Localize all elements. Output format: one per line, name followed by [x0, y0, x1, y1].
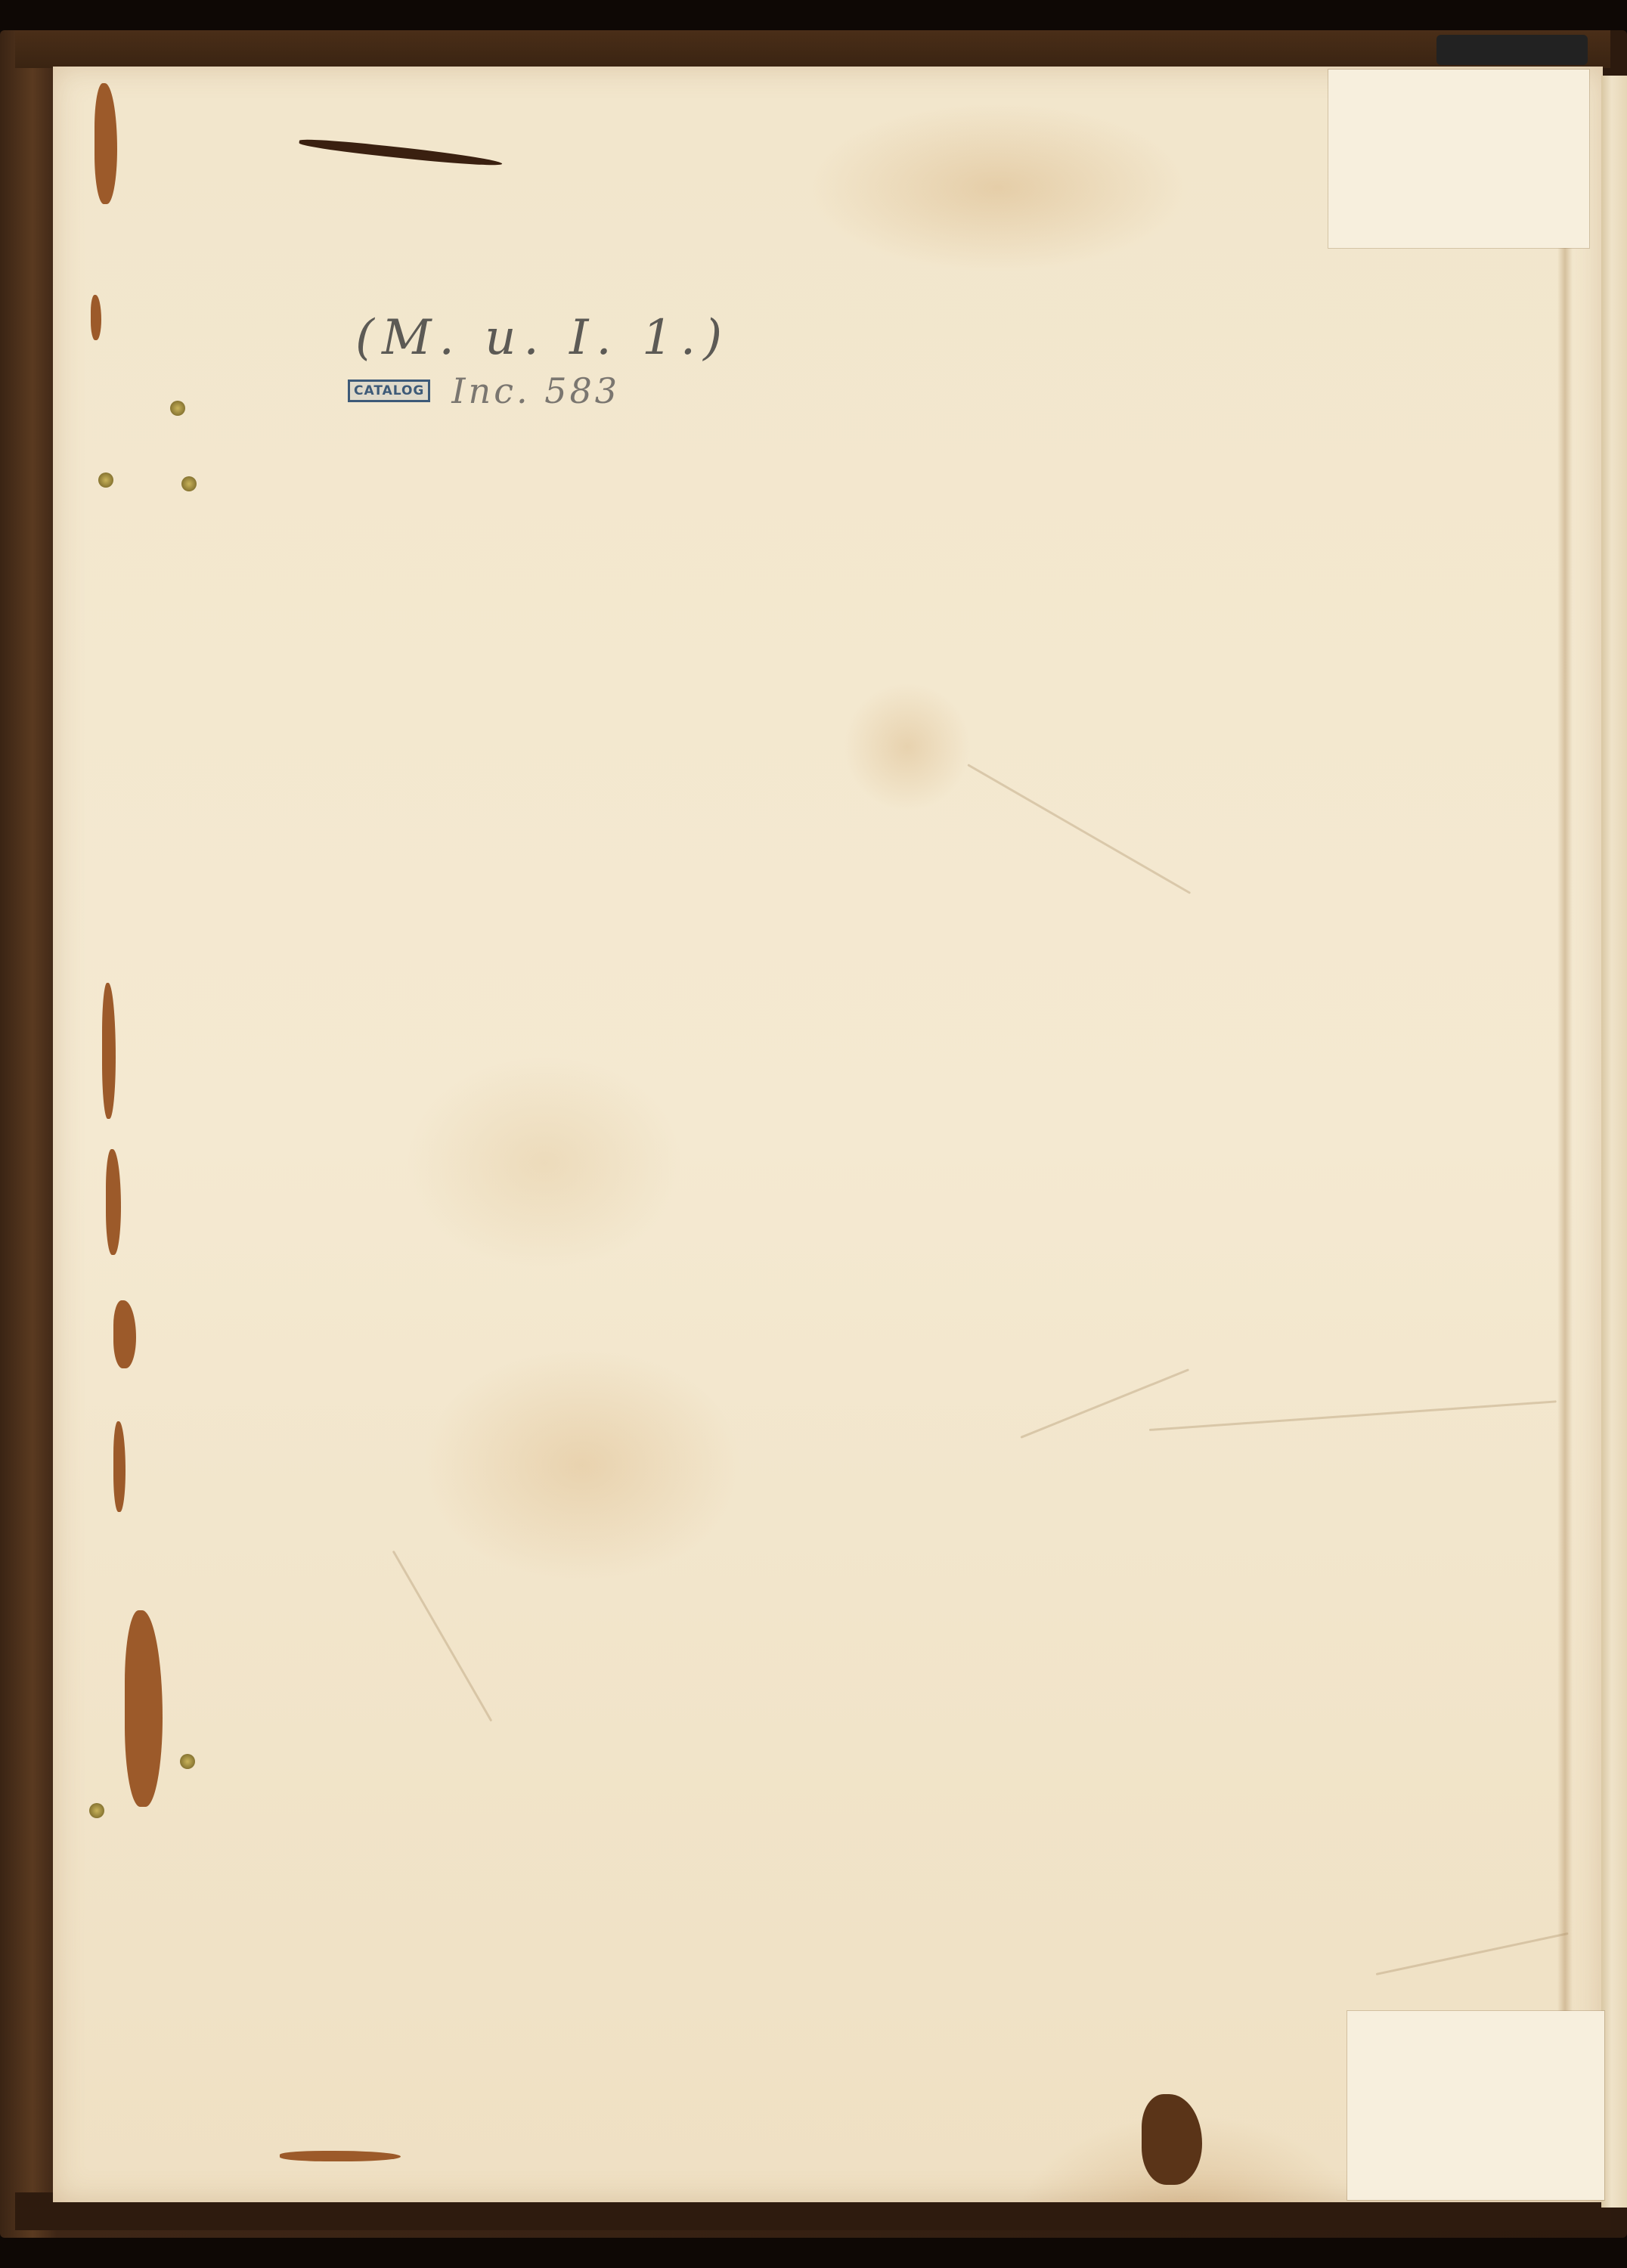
binding-top-edge — [15, 30, 1610, 68]
pastedown-paper — [53, 67, 1603, 2202]
paper-loss — [280, 2151, 401, 2161]
leather-corner — [1436, 35, 1588, 65]
repair-patch-bottom-right — [1347, 2011, 1604, 2200]
metal-tack — [181, 476, 197, 491]
metal-tack — [170, 401, 185, 416]
handwritten-notation: (M. u. I. 1.) CATALOG Inc. 583 — [355, 310, 730, 411]
shelfmark-text: (M. u. I. 1.) — [355, 310, 730, 366]
gutter-shadow — [1557, 113, 1573, 2155]
metal-tack — [180, 1754, 195, 1769]
flyleaf-edge — [1601, 76, 1627, 2208]
inventory-line: CATALOG Inc. 583 — [348, 370, 730, 411]
catalog-stamp: CATALOG — [348, 380, 430, 402]
metal-tack — [98, 472, 113, 488]
repair-patch-top-right — [1328, 70, 1589, 248]
metal-tack — [89, 1803, 104, 1818]
inventory-number: Inc. 583 — [451, 370, 620, 411]
